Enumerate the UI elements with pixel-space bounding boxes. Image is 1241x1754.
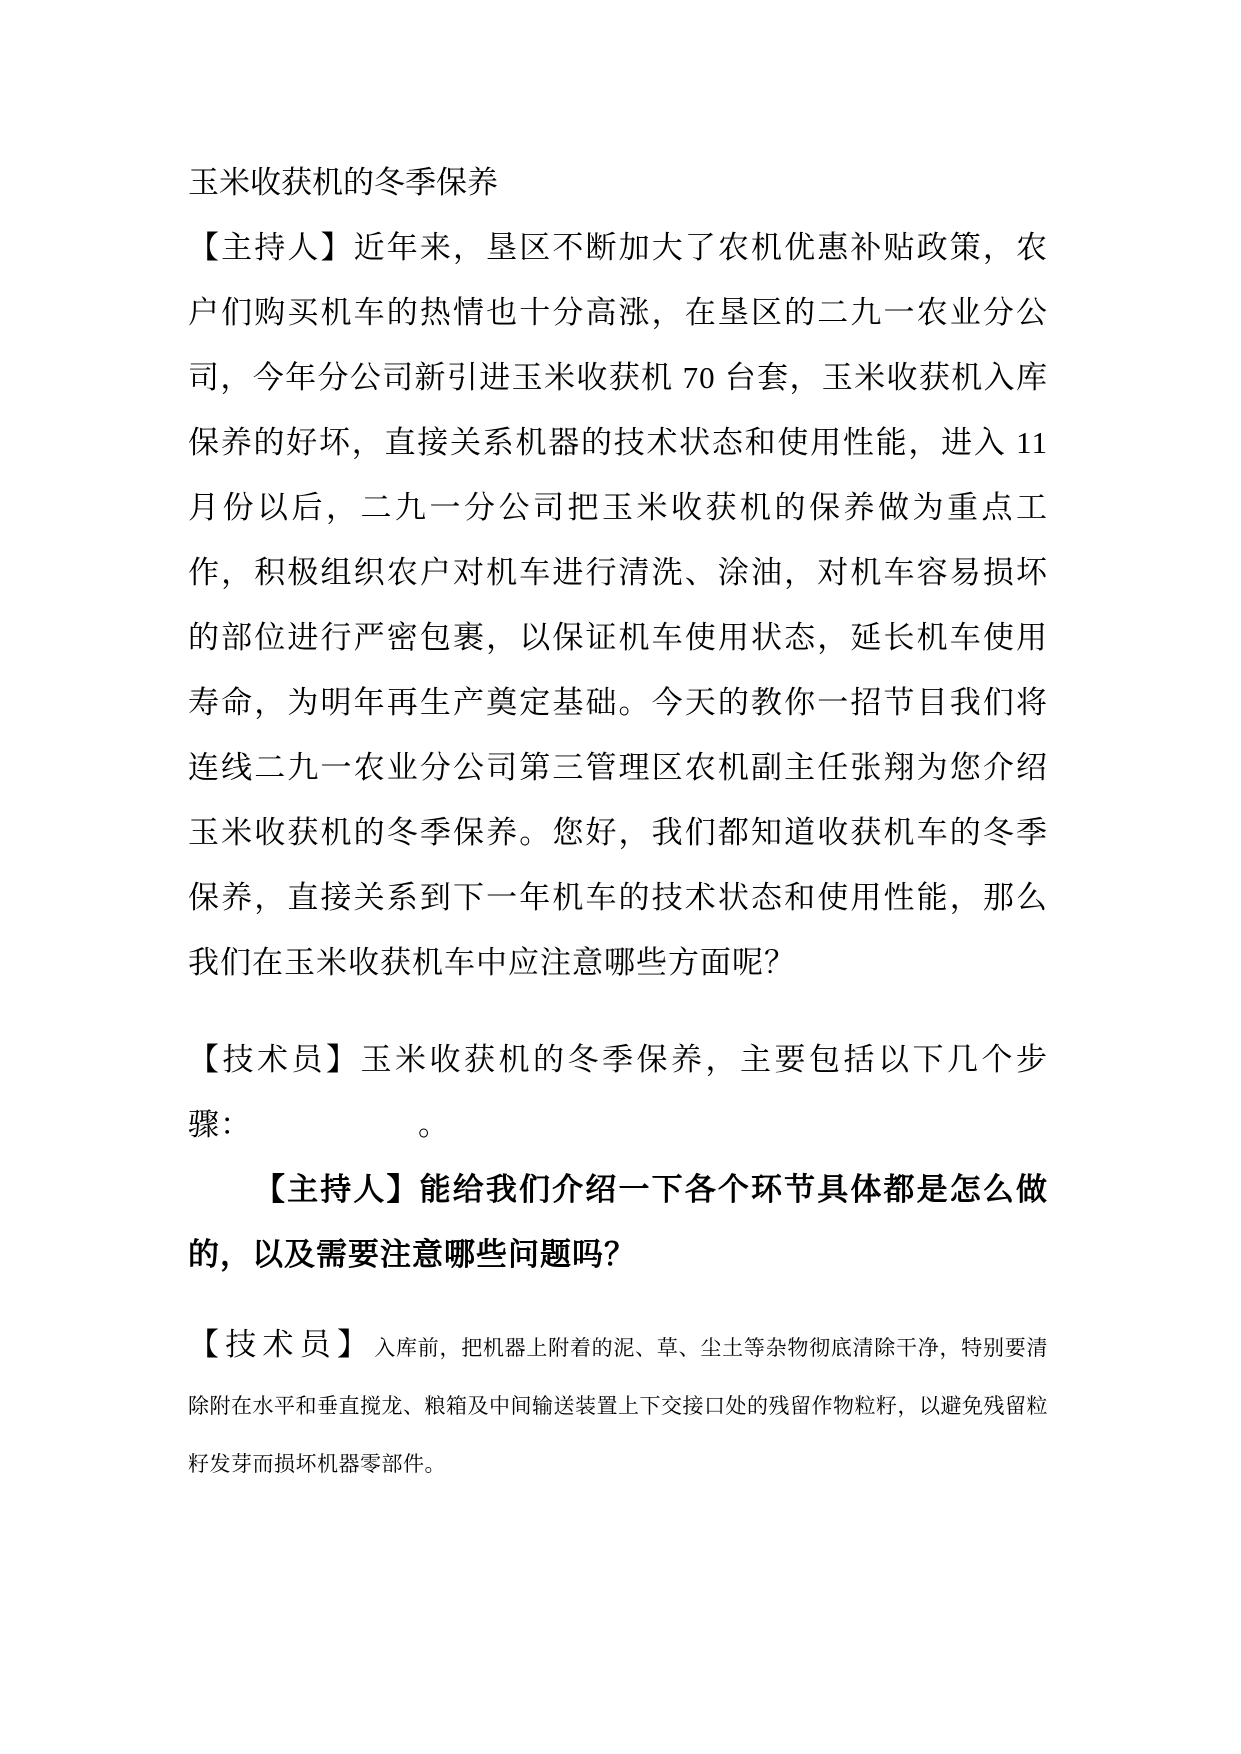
speaker-label-technician-large: 【技术员】 xyxy=(188,1327,374,1362)
speaker-label-technician: 【技术员】 xyxy=(188,1042,361,1077)
speaker-label-host-bold: 【主持人】 xyxy=(254,1172,420,1207)
paragraph-technician-answer: 【技术员】入库前，把机器上附着的泥、草、尘土等杂物彻底清除干净，特别要清除附在水… xyxy=(188,1316,1048,1493)
paragraph-host-question: 【主持人】能给我们介绍一下各个环节具体都是怎么做的，以及需要注意哪些问题吗？ xyxy=(188,1157,1048,1287)
document-title: 玉米收获机的冬季保养 xyxy=(188,150,1048,215)
paragraph-host-intro-text: 近年来，垦区不断加大了农机优惠补贴政策，农户们购买机车的热情也十分高涨，在垦区的… xyxy=(188,230,1048,980)
trailing-period: 。 xyxy=(418,1107,450,1142)
speaker-label-host: 【主持人】 xyxy=(188,230,354,265)
document-content: 玉米收获机的冬季保养 【主持人】近年来，垦区不断加大了农机优惠补贴政策，农户们购… xyxy=(188,150,1048,1514)
document-page: 玉米收获机的冬季保养 【主持人】近年来，垦区不断加大了农机优惠补贴政策，农户们购… xyxy=(0,0,1241,1754)
paragraph-host-intro: 【主持人】近年来，垦区不断加大了农机优惠补贴政策，农户们购买机车的热情也十分高涨… xyxy=(188,215,1048,995)
paragraph-technician-steps: 【技术员】玉米收获机的冬季保养，主要包括以下几个步骤：。 xyxy=(188,1027,1048,1157)
